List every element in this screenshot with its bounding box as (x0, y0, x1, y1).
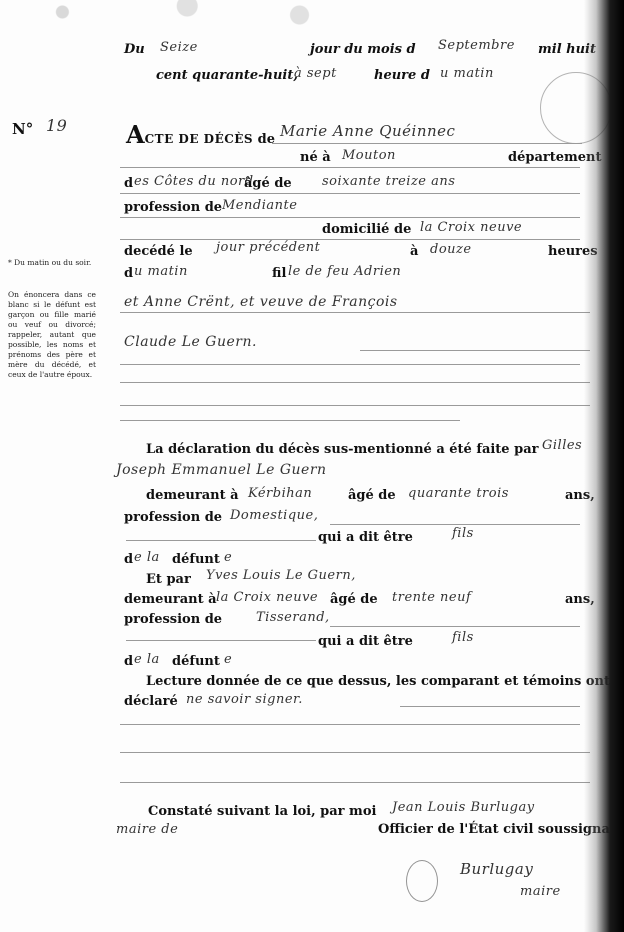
acte-title: ACTE DE DÉCÈS de (126, 120, 275, 149)
declarant2-of-prefix: d (124, 654, 133, 669)
acte-rest: CTE DE DÉCÈS (145, 132, 253, 146)
age-label: âgé de (244, 176, 292, 191)
declarant1-age-label: âgé de (348, 488, 396, 503)
declarant2-residence-handwritten: la Croix neuve (216, 590, 318, 605)
age-de: de (274, 176, 291, 191)
acte-initial: A (126, 120, 145, 149)
parents-handwritten-3: Claude Le Guern. (124, 334, 257, 350)
reading-text: Lecture donnée de ce que dessus, les com… (146, 674, 610, 689)
birth-label: né à (300, 150, 331, 165)
death-period-prefix: d (124, 266, 133, 281)
declarant2-residence-label: demeurant à (124, 592, 217, 607)
closing-text: Constaté suivant la loi, par moi (148, 804, 376, 819)
declarant1-defunt-suffix: e (224, 550, 232, 565)
rule (120, 420, 460, 421)
rule (330, 524, 580, 525)
rule (272, 143, 582, 144)
a-label: à (322, 150, 330, 165)
paper-speckle (0, 0, 624, 30)
domicile-handwritten: la Croix neuve (420, 220, 522, 235)
death-hour-handwritten: douze (430, 242, 472, 257)
profession-handwritten: Mendiante (222, 198, 297, 213)
rule (120, 217, 580, 218)
declarant1-of-prefix: d (124, 552, 133, 567)
rule (120, 364, 580, 365)
declarant2-age-label: âgé de (330, 592, 378, 607)
signature-flourish (406, 860, 438, 902)
dept-prefix: d (124, 176, 133, 191)
declarant2-profession-label: profession de (124, 612, 222, 627)
mayor-handwritten: maire de (116, 822, 178, 837)
rule (360, 350, 590, 351)
declarant2-of-handwritten: e la (134, 652, 160, 667)
death-certificate-page: Du Seize jour du mois d Septembre mil hu… (0, 0, 624, 932)
declarant1-profession-label: profession de (124, 510, 222, 525)
number-label: N° (12, 120, 33, 138)
deceased-name-handwritten: Marie Anne Quéinnec (280, 122, 455, 140)
declarant1-name-handwritten-1: Gilles (542, 438, 582, 453)
decede-word: decédé (124, 244, 175, 259)
rule (126, 540, 316, 541)
declarant1-age-handwritten: quarante trois (408, 486, 509, 501)
fil-label: fil (272, 266, 286, 281)
rule (120, 782, 590, 783)
declarant1-defunt: défunt (172, 552, 220, 567)
declarant1-residence-handwritten: Kérbihan (248, 486, 312, 501)
rule (120, 193, 580, 194)
death-date-handwritten: jour précédent (216, 240, 320, 255)
rule (120, 752, 590, 753)
declarant2-name-handwritten: Yves Louis Le Guern, (206, 568, 356, 583)
acte-de: de (258, 132, 275, 147)
death-period-handwritten: u matin (134, 264, 188, 279)
profession-label: profession de (124, 200, 222, 215)
domicile-de: de (394, 222, 411, 237)
declarant2-defunt-suffix: e (224, 652, 232, 667)
declarant2-age-handwritten: trente neuf (392, 590, 471, 605)
declare-handwritten: ne savoir signer. (186, 692, 303, 707)
declarant1-profession-handwritten: Domestique, (230, 508, 318, 523)
hour-handwritten: à sept (294, 66, 337, 81)
rule (126, 640, 316, 641)
declarant1-name-handwritten-2: Joseph Emmanuel Le Guern (116, 462, 327, 478)
header-heure: heure d (374, 68, 430, 83)
number-value-handwritten: 19 (46, 116, 67, 135)
rule (400, 706, 580, 707)
parents-handwritten-1: le de feu Adrien (288, 264, 401, 279)
signature-title-handwritten: maire (520, 884, 561, 899)
marginal-note-instructions: On énoncera dans ce blanc si le défunt e… (8, 290, 96, 380)
officer-name-handwritten: Jean Louis Burlugay (392, 800, 535, 815)
death-le: le (179, 244, 192, 259)
page-binding-shadow (584, 0, 624, 932)
age-handwritten: soixante treize ans (322, 174, 455, 189)
domicilie-word: domicilié (322, 222, 389, 237)
death-a: à (410, 244, 418, 259)
declarant2-profession-handwritten: Tisserand, (256, 610, 330, 625)
day-handwritten: Seize (160, 40, 198, 55)
header-jour-du-mois: jour du mois d (310, 42, 416, 57)
declarant2-relation-handwritten: fils (452, 630, 474, 645)
age-word: âgé (244, 176, 270, 191)
declarant2-intro: Et par (146, 572, 191, 587)
rule (120, 239, 580, 240)
rule (120, 312, 590, 313)
header-cent-quarante-huit: cent quarante-huit, (156, 68, 298, 83)
rule (120, 405, 590, 406)
birth-place-handwritten: Mouton (342, 148, 396, 163)
period-handwritten: u matin (440, 66, 494, 81)
declarant1-relation-handwritten: fils (452, 526, 474, 541)
header-du: Du (124, 42, 145, 57)
rule (120, 724, 580, 725)
rule (330, 626, 580, 627)
declarant2-defunt: défunt (172, 654, 220, 669)
department-handwritten: es Côtes du nord (134, 174, 254, 189)
declarant1-residence-label: demeurant à (146, 488, 239, 503)
rule (120, 167, 580, 168)
month-handwritten: Septembre (438, 38, 515, 53)
declaration-intro: La déclaration du décès sus-mentionné a … (146, 442, 538, 457)
declarant2-relation-label: qui a dit être (318, 634, 413, 649)
declarant1-relation-label: qui a dit être (318, 530, 413, 545)
domicile-label: domicilié de (322, 222, 411, 237)
marginal-note-period: * Du matin ou du soir. (8, 258, 96, 268)
declarant1-of-handwritten: e la (134, 550, 160, 565)
signature-handwritten: Burlugay (460, 860, 533, 878)
parents-handwritten-2: et Anne Crënt, et veuve de François (124, 294, 398, 310)
ne-label: né (300, 150, 318, 165)
rule (120, 382, 590, 383)
death-label: decédé le (124, 244, 193, 259)
declare-label: déclaré (124, 694, 178, 709)
